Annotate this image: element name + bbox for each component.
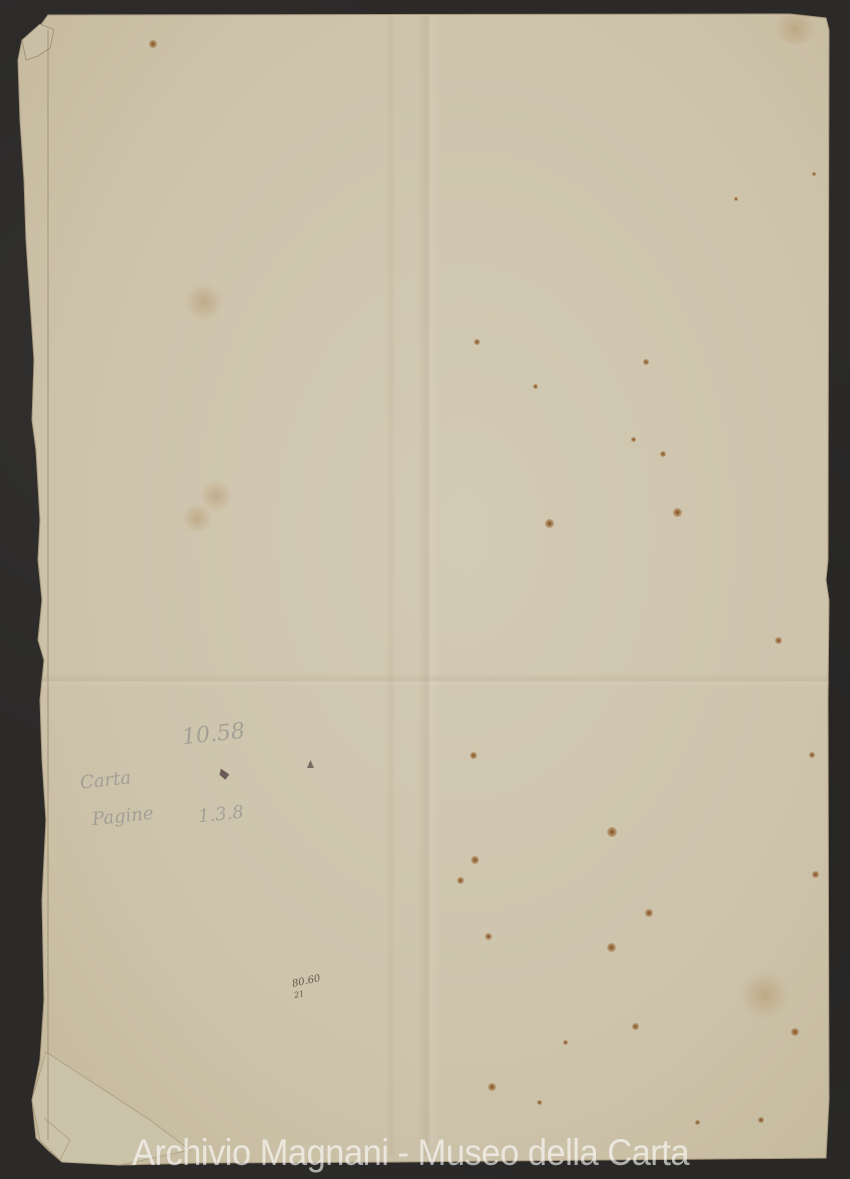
foxing-spot	[545, 519, 554, 528]
fold-line-horizontal	[40, 674, 830, 688]
foxing-spot	[485, 933, 492, 940]
foxing-spot	[488, 1083, 496, 1091]
foxing-spot	[533, 384, 538, 389]
foxing-spot	[607, 943, 616, 952]
archive-watermark: Archivio Magnani - Museo della Carta	[132, 1131, 792, 1175]
foxing-spot	[643, 359, 649, 365]
foxing-spot	[645, 909, 653, 917]
foxing-spot	[474, 339, 480, 345]
stain	[184, 282, 224, 322]
foxing-spot	[734, 197, 738, 201]
foxing-spot	[563, 1040, 568, 1045]
foxing-spot	[775, 637, 782, 644]
stain	[770, 14, 820, 44]
foxing-spot	[758, 1117, 764, 1123]
foxing-spot	[537, 1100, 542, 1105]
foxing-spot	[607, 827, 617, 837]
foxing-spot	[660, 451, 666, 457]
foxing-spot	[470, 752, 477, 759]
foxing-spot	[673, 508, 682, 517]
fold-line-vertical-secondary	[386, 16, 396, 1156]
foxing-spot	[812, 172, 816, 176]
foxing-spot	[631, 437, 636, 442]
foxing-spot	[791, 1028, 799, 1036]
fold-line-vertical	[418, 16, 440, 1156]
foxing-spot	[149, 40, 157, 48]
stain	[180, 504, 214, 532]
foxing-spot	[812, 871, 819, 878]
foxing-spot	[809, 752, 815, 758]
foxing-spot	[457, 877, 464, 884]
foxing-spot	[632, 1023, 639, 1030]
paper-sheet: 10.58 Carta Pagine 1.3.8 80.60 21	[0, 0, 850, 1179]
foxing-spot	[471, 856, 479, 864]
stain	[740, 970, 790, 1020]
foxing-spot	[695, 1120, 700, 1125]
